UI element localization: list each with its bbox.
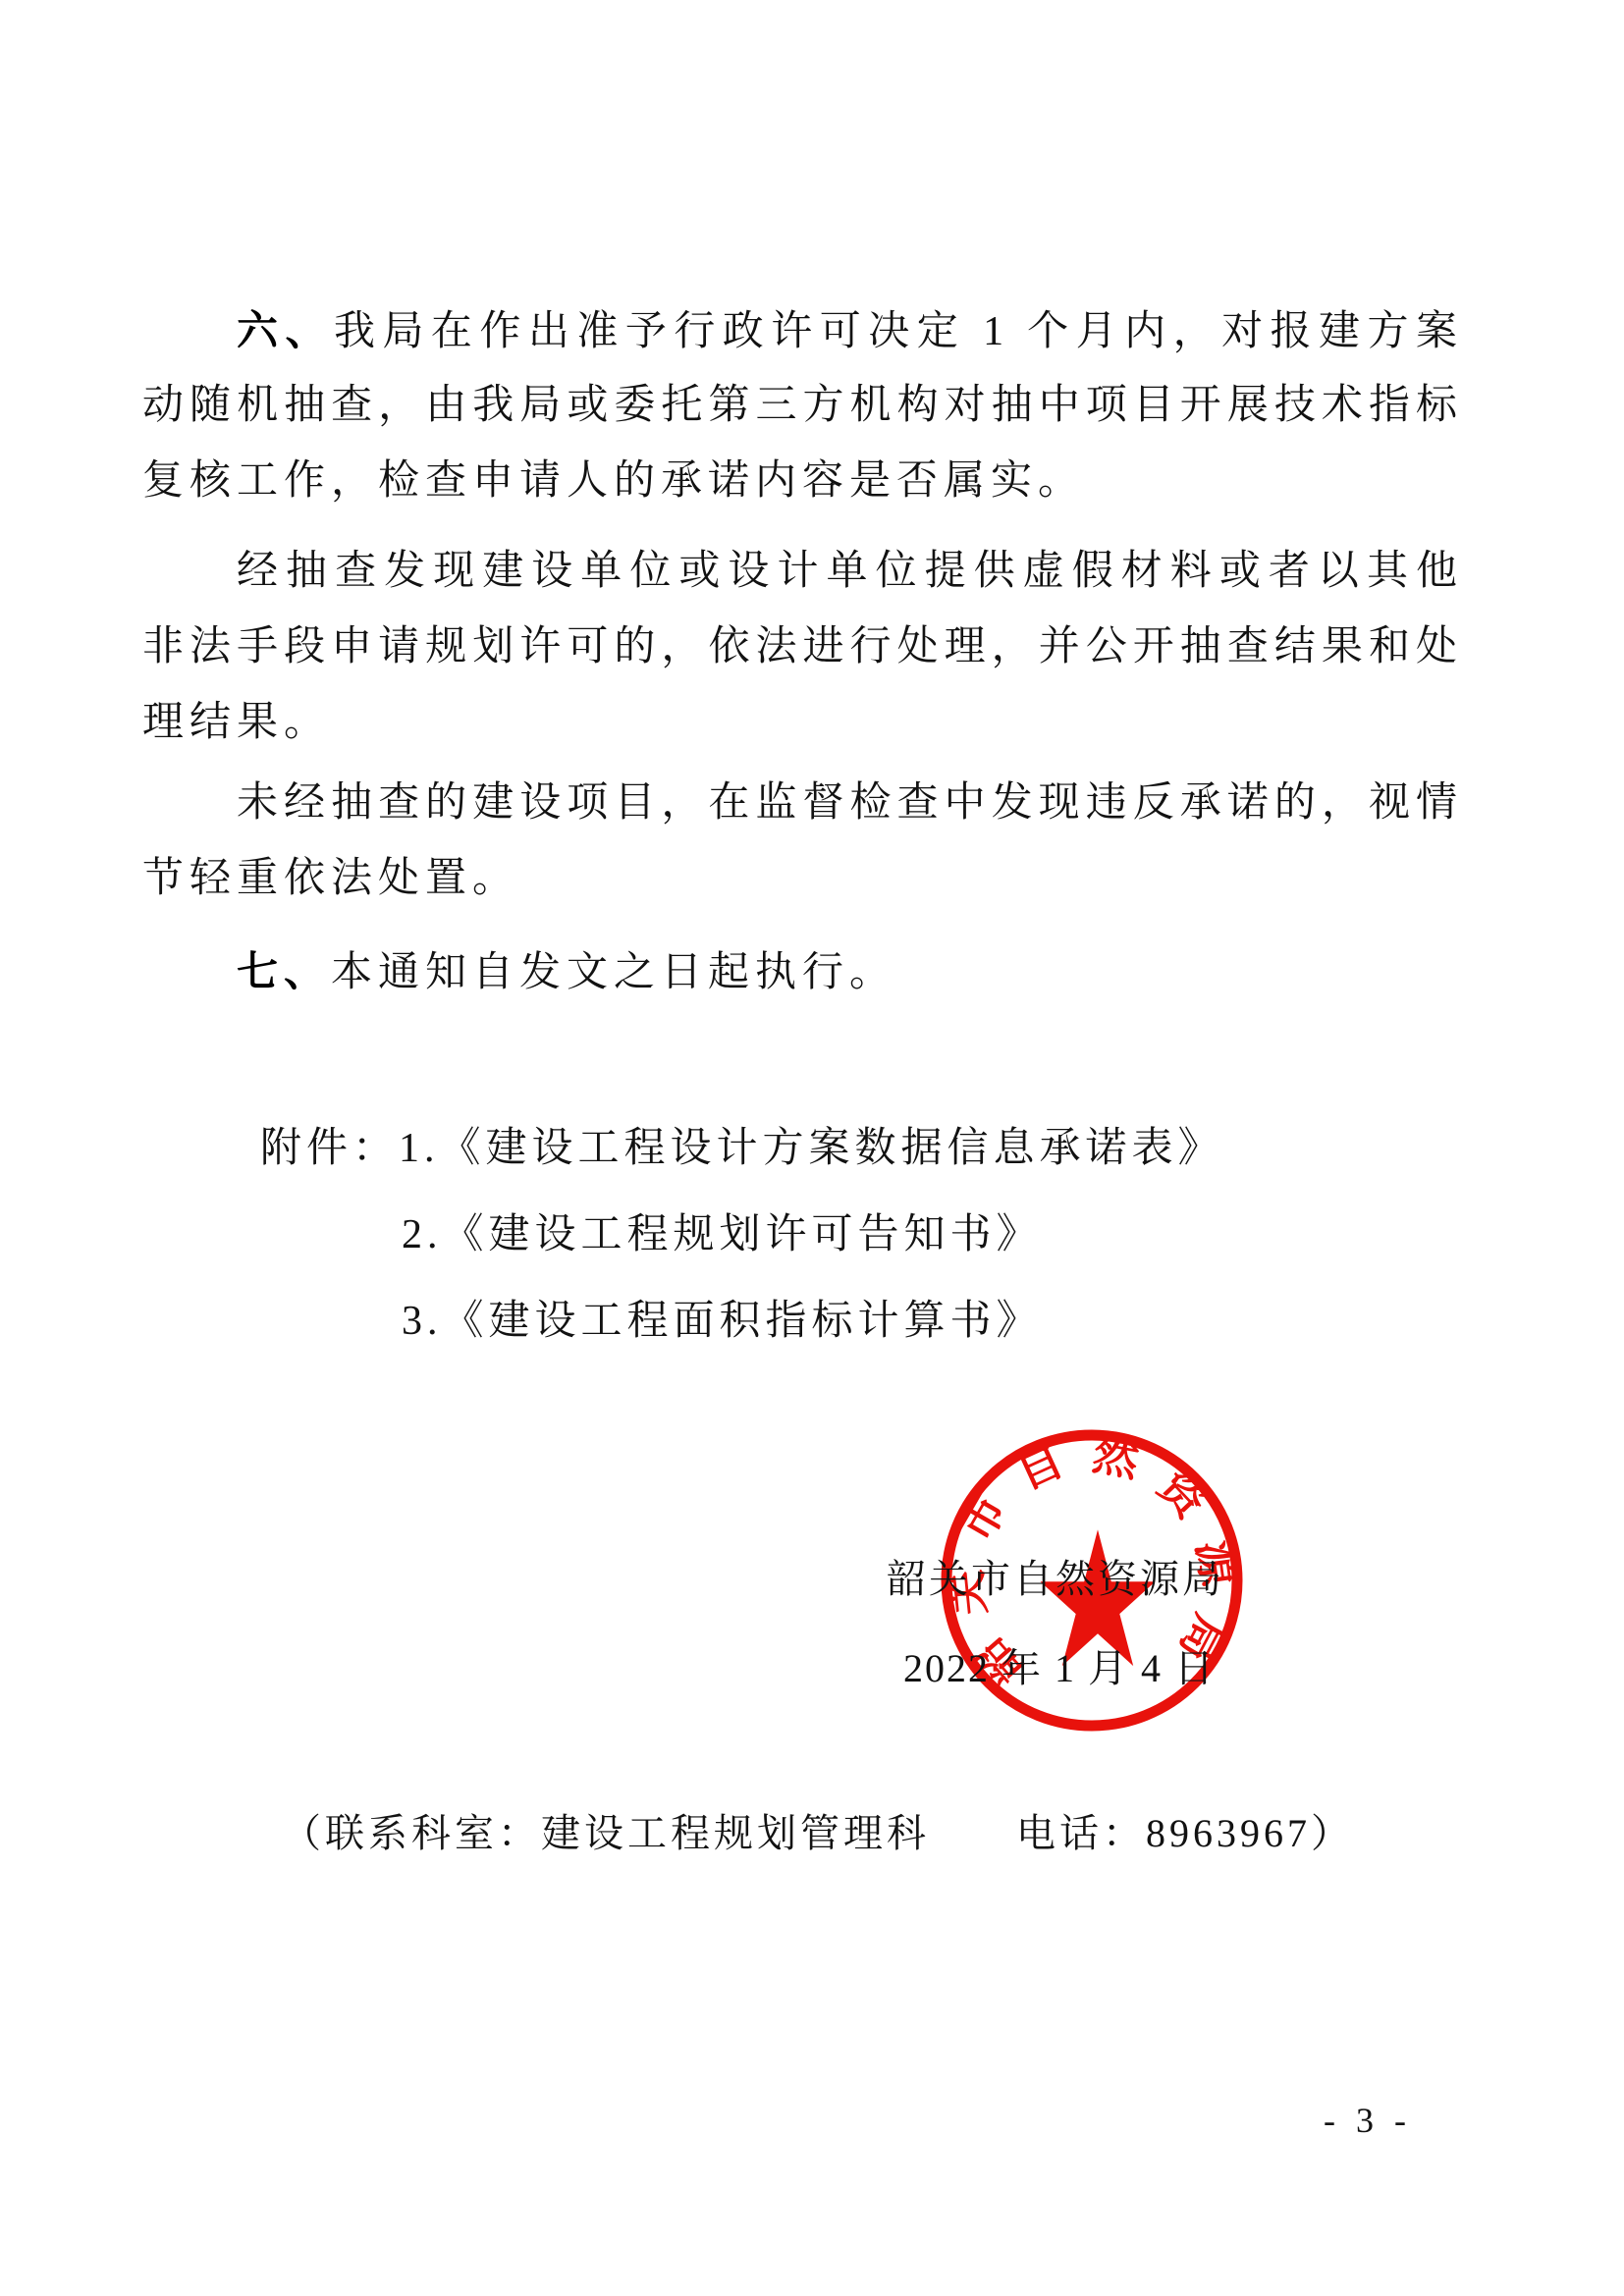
paragraph-unchecked-projects: 未经抽查的建设项目，在监督检查中发现违反承诺的，视情 节轻重依法处置。 — [142, 766, 1463, 917]
body-line: 动随机抽查，由我局或委托第三方机构对抽中项目开展技术指标 — [142, 368, 1463, 444]
attachment-item-3: 3.《建设工程面积指标计算书》 — [402, 1278, 1224, 1364]
body-line-text: 经抽查发现建设单位或设计单位提供虚假材料或者以其他 — [237, 549, 1463, 594]
attachment-list: 附件：1.《建设工程设计方案数据信息承诺表》 2.《建设工程规划许可告知书》 3… — [260, 1105, 1224, 1364]
body-line-text: 非法手段申请规划许可的，依法进行处理，并公开抽查结果和处 — [142, 624, 1463, 669]
body-line: 节轻重依法处置。 — [142, 841, 1463, 917]
attachment-row: 附件：1.《建设工程设计方案数据信息承诺表》 — [260, 1105, 1224, 1192]
body-line-text: 我局在作出准予行政许可决定 1 个月内，对报建方案启 — [142, 309, 1463, 368]
body-line-text: 本通知自发文之日起执行。 — [331, 950, 896, 995]
body-line: 七、本通知自发文之日起执行。 — [142, 934, 1463, 1009]
body-line-text: 理结果。 — [142, 700, 331, 745]
body-line: 六、我局在作出准予行政许可决定 1 个月内，对报建方案启 — [142, 293, 1463, 368]
attachment-label: 附件： — [260, 1126, 399, 1171]
document-page: 六、我局在作出准予行政许可决定 1 个月内，对报建方案启 动随机抽查，由我局或委… — [0, 0, 1624, 2296]
contact-line: （联系科室：建设工程规划管理科 电话：8963967） — [282, 1809, 1354, 1858]
body-line: 经抽查发现建设单位或设计单位提供虚假材料或者以其他 — [142, 534, 1463, 610]
body-line-text: 节轻重依法处置。 — [142, 856, 519, 901]
body-line: 复核工作，检查申请人的承诺内容是否属实。 — [142, 444, 1463, 519]
paragraph-lead: 七、 — [237, 948, 331, 994]
body-line: 理结果。 — [142, 685, 1463, 761]
attachment-item-2: 2.《建设工程规划许可告知书》 — [402, 1192, 1224, 1278]
attachment-item-1: 1.《建设工程设计方案数据信息承诺表》 — [399, 1126, 1224, 1171]
body-line-text: 复核工作，检查申请人的承诺内容是否属实。 — [142, 458, 1085, 504]
body-line-text: 未经抽查的建设项目，在监督检查中发现违反承诺的，视情 — [237, 780, 1463, 826]
paragraph-spot-check-violation: 经抽查发现建设单位或设计单位提供虚假材料或者以其他 非法手段申请规划许可的，依法… — [142, 534, 1463, 761]
paragraph-item-six: 六、我局在作出准予行政许可决定 1 个月内，对报建方案启 动随机抽查，由我局或委… — [142, 293, 1463, 519]
signature-organization: 韶关市自然资源局 — [887, 1556, 1224, 1603]
paragraph-lead: 六、 — [237, 307, 334, 353]
body-line: 非法手段申请规划许可的，依法进行处理，并公开抽查结果和处 — [142, 610, 1463, 685]
signature-date: 2022 年 1 月 4 日 — [903, 1645, 1216, 1692]
body-line: 未经抽查的建设项目，在监督检查中发现违反承诺的，视情 — [142, 766, 1463, 841]
body-line-text: 动随机抽查，由我局或委托第三方机构对抽中项目开展技术指标 — [142, 383, 1463, 428]
paragraph-item-seven: 七、本通知自发文之日起执行。 — [142, 934, 1463, 1009]
page-number: - 3 - — [1324, 2099, 1412, 2142]
